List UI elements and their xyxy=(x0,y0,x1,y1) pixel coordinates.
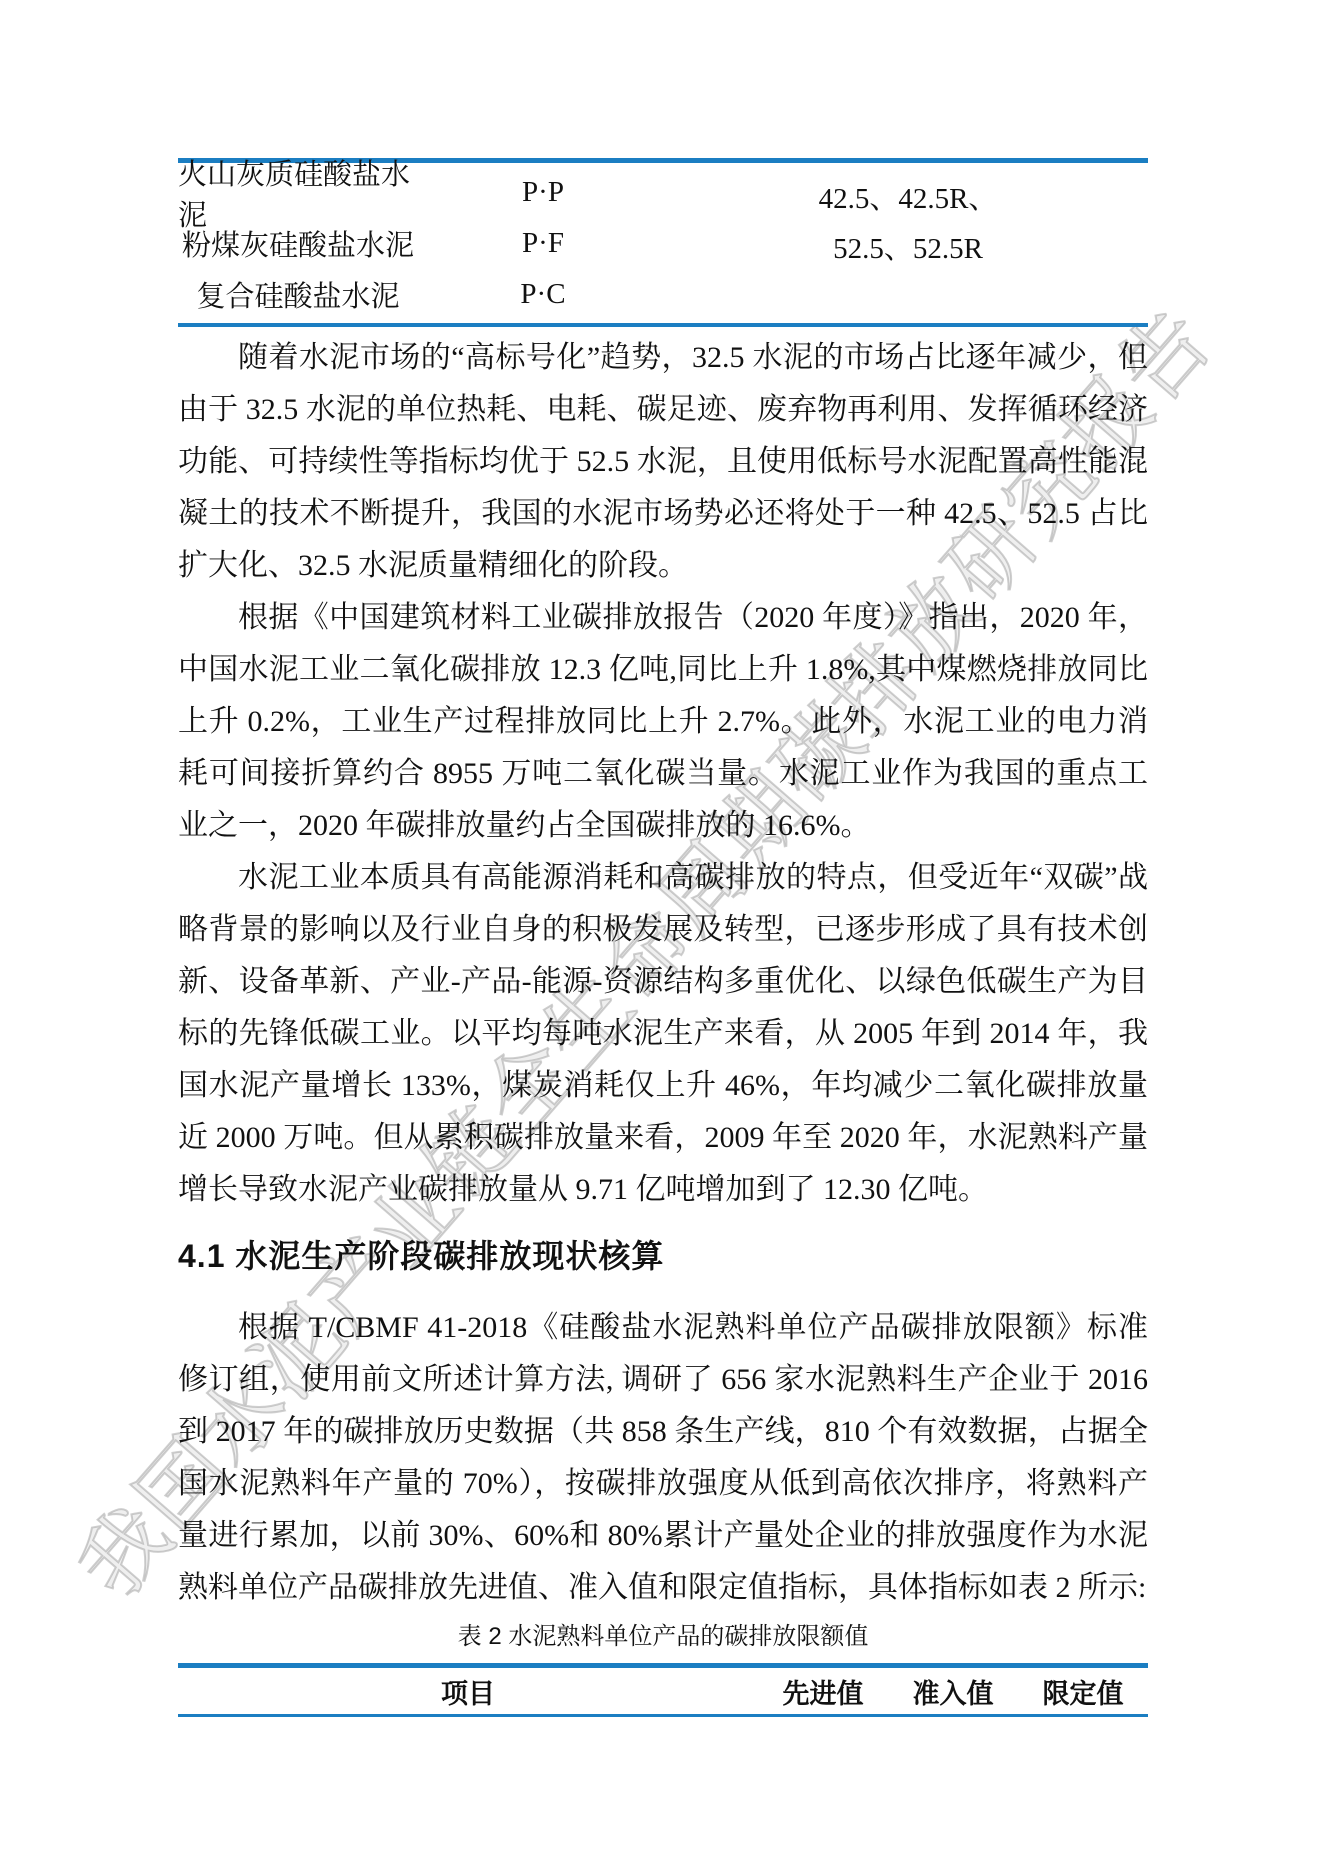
cement-type-table: 火山灰质硅酸盐水泥 P·P 42.5、42.5R、 52.5、52.5R 粉煤灰… xyxy=(178,158,1148,327)
grade-line-1: 42.5、42.5R、 xyxy=(819,174,998,224)
header-item: 项目 xyxy=(178,1668,758,1714)
cement-name: 复合硅酸盐水泥 xyxy=(178,269,418,320)
strength-grade-values: 42.5、42.5R、 52.5、52.5R xyxy=(668,167,1148,269)
cement-code: P·F xyxy=(418,218,668,269)
page-content: 火山灰质硅酸盐水泥 P·P 42.5、42.5R、 52.5、52.5R 粉煤灰… xyxy=(178,0,1148,1717)
cement-code: P·P xyxy=(418,167,668,218)
header-limit-value: 限定值 xyxy=(1018,1668,1148,1714)
paragraph-industry-transition: 水泥工业本质具有高能源消耗和高碳排放的特点，但受近年“双碳”战略背景的影响以及行… xyxy=(178,852,1148,1216)
cement-code: P·C xyxy=(418,269,668,320)
document-page: 我国水泥产业链全生命周期碳排放研究报告 火山灰质硅酸盐水泥 P·P 42.5、4… xyxy=(0,0,1323,1871)
cement-name: 火山灰质硅酸盐水泥 xyxy=(178,167,418,218)
table2-caption: 表 2 水泥熟料单位产品的碳排放限额值 xyxy=(178,1614,1148,1660)
header-entry-value: 准入值 xyxy=(888,1668,1018,1714)
emission-limit-table-header-row: 项目 先进值 准入值 限定值 xyxy=(178,1668,1148,1714)
grade-line-2: 52.5、52.5R xyxy=(833,224,983,274)
cement-type-table-grid: 火山灰质硅酸盐水泥 P·P 42.5、42.5R、 52.5、52.5R 粉煤灰… xyxy=(178,163,1148,323)
cement-name: 粉煤灰硅酸盐水泥 xyxy=(178,218,418,269)
header-advanced-value: 先进值 xyxy=(758,1668,888,1714)
section-heading-4-1: 4.1 水泥生产阶段碳排放现状核算 xyxy=(178,1230,1148,1282)
paragraph-market-trend: 随着水泥市场的“高标号化”趋势，32.5 水泥的市场占比逐年减少，但由于 32.… xyxy=(178,332,1148,592)
paragraph-standard-survey: 根据 T/CBMF 41-2018《硅酸盐水泥熟料单位产品碳排放限额》标准修订组… xyxy=(178,1302,1148,1614)
emission-limit-table: 项目 先进值 准入值 限定值 xyxy=(178,1663,1148,1717)
paragraph-emission-report: 根据《中国建筑材料工业碳排放报告（2020 年度）》指出，2020 年，中国水泥… xyxy=(178,592,1148,852)
